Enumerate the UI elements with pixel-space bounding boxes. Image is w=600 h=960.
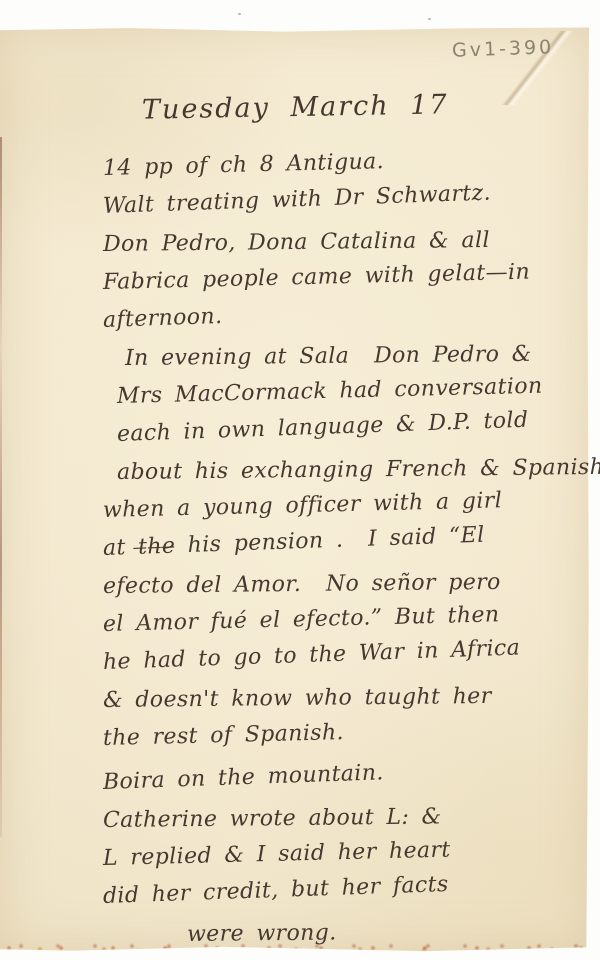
scan-edge-artifact (0, 137, 2, 837)
scanned-manuscript-page: Gv1-390 Tuesday March 17 14 pp of ch 8 A… (0, 0, 600, 960)
manuscript-body: 14 pp of ch 8 Antigua. Walt treating wit… (103, 150, 597, 954)
manuscript-line: were wrong. (187, 912, 597, 954)
archive-code: Gv1-390 (452, 36, 555, 62)
scanner-speck (238, 13, 241, 15)
date-heading: Tuesday March 17 (142, 89, 449, 125)
scanner-speck (428, 18, 431, 20)
